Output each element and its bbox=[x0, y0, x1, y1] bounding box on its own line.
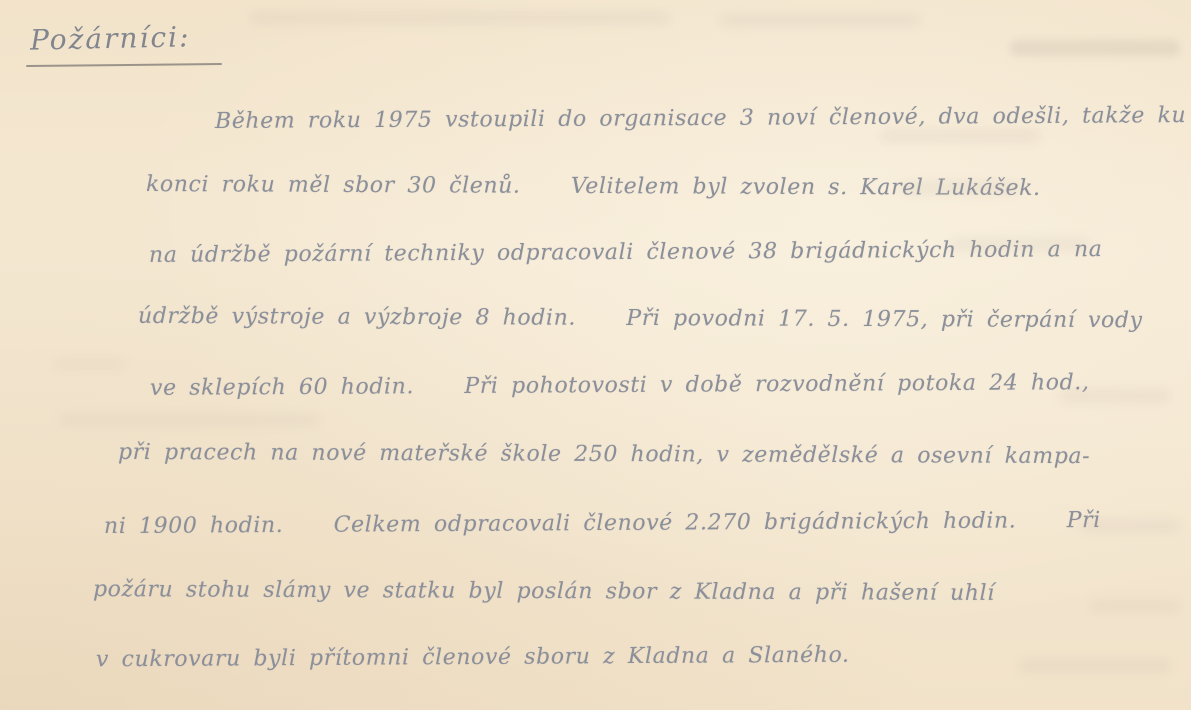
bleedthrough-mark bbox=[60, 415, 320, 425]
bleedthrough-mark bbox=[1080, 520, 1180, 532]
bleedthrough-mark bbox=[1060, 390, 1170, 402]
manuscript-page: Požárníci: Během roku 1975 vstoupili do … bbox=[0, 0, 1191, 710]
bleedthrough-mark bbox=[250, 12, 670, 24]
bleedthrough-mark bbox=[950, 238, 1090, 250]
handwritten-line: v cukrovaru byli přítomni členové sboru … bbox=[96, 643, 850, 673]
handwritten-line: údržbě výstroje a výzbroje 8 hodin. Při … bbox=[138, 304, 1143, 333]
bleedthrough-mark bbox=[1010, 40, 1180, 56]
bleedthrough-mark bbox=[55, 360, 125, 368]
handwritten-line: ve sklepích 60 hodin. Při pohotovosti v … bbox=[150, 370, 1090, 401]
bleedthrough-mark bbox=[1020, 660, 1170, 672]
handwritten-line: Během roku 1975 vstoupili do organisace … bbox=[215, 103, 1186, 134]
bleedthrough-mark bbox=[880, 130, 1040, 142]
handwritten-line: požáru stohu slámy ve statku byl poslán … bbox=[93, 577, 995, 606]
bleedthrough-mark bbox=[900, 182, 1020, 194]
title-underline bbox=[26, 63, 222, 67]
page-title: Požárníci: bbox=[30, 20, 191, 56]
bleedthrough-mark bbox=[720, 14, 920, 26]
handwritten-line: při pracech na nové mateřské škole 250 h… bbox=[118, 440, 1090, 469]
handwritten-line: ni 1900 hodin. Celkem odpracovali členov… bbox=[104, 508, 1101, 539]
bleedthrough-mark bbox=[1090, 600, 1180, 612]
